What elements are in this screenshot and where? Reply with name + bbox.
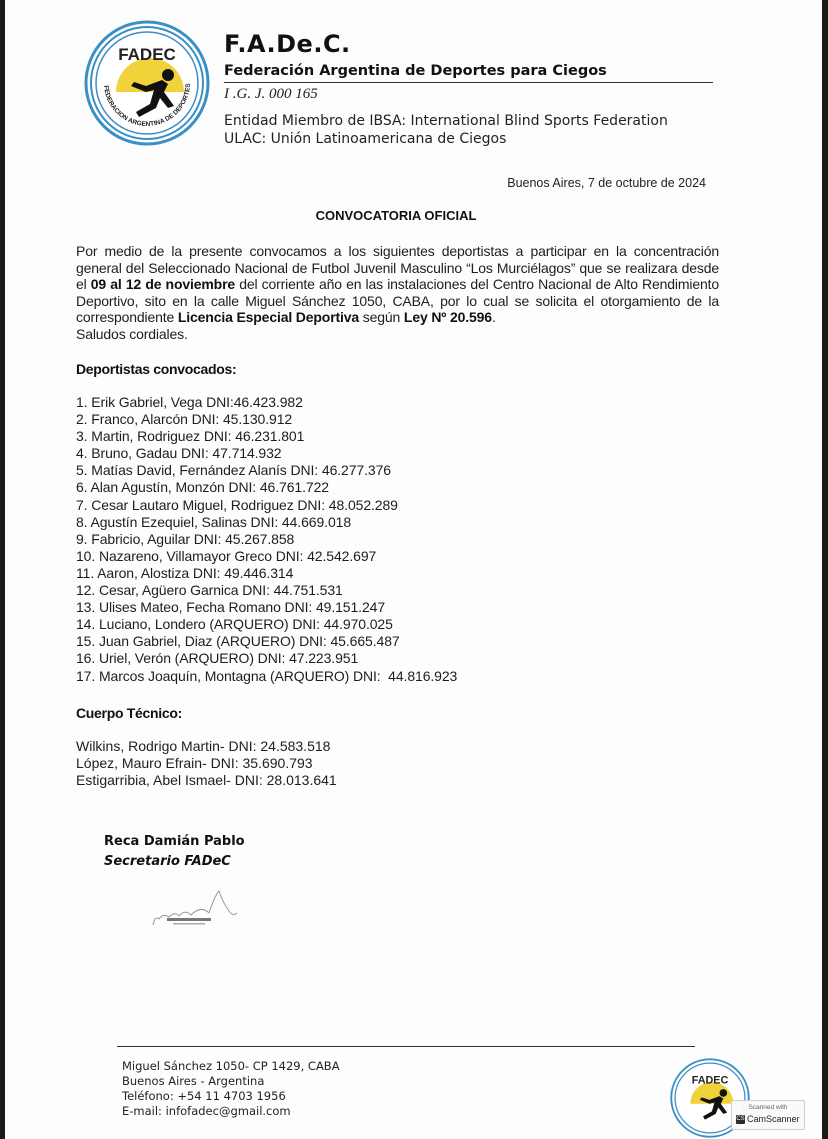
- header-divider: [224, 82, 713, 83]
- footer-phone: Teléfono: +54 11 4703 1956: [122, 1089, 340, 1104]
- affiliations: Entidad Miembro de IBSA: International B…: [224, 112, 668, 148]
- law-highlight: Ley Nº 20.596: [404, 309, 492, 325]
- athlete-item: 17. Marcos Joaquín, Montagna (ARQUERO) D…: [76, 668, 457, 685]
- document-page: FADEC FEDERACION ARGENTINA DE DEPORTES P…: [5, 0, 822, 1139]
- athlete-item: 2. Franco, Alarcón DNI: 45.130.912: [76, 411, 457, 428]
- ibsa-affiliation: Entidad Miembro de IBSA: International B…: [224, 112, 668, 130]
- footer-divider: [117, 1046, 695, 1047]
- registration-number: I .G. J. 000 165: [224, 86, 318, 103]
- org-acronym: F.A.De.C.: [224, 30, 351, 58]
- athlete-item: 13. Ulises Mateo, Fecha Romano DNI: 49.1…: [76, 599, 457, 616]
- dates-highlight: 09 al 12 de noviembre: [91, 276, 235, 292]
- handwritten-signature-icon: [145, 885, 255, 935]
- svg-text:FADEC: FADEC: [692, 1074, 729, 1086]
- athlete-item: 16. Uriel, Verón (ARQUERO) DNI: 47.223.9…: [76, 650, 457, 667]
- athlete-item: 15. Juan Gabriel, Diaz (ARQUERO) DNI: 45…: [76, 633, 457, 650]
- ulac-affiliation: ULAC: Unión Latinoamericana de Ciegos: [224, 130, 668, 148]
- athlete-item: 14. Luciano, Londero (ARQUERO) DNI: 44.9…: [76, 616, 457, 633]
- fadec-logo-icon: FADEC FEDERACION ARGENTINA DE DEPORTES P…: [84, 20, 210, 146]
- athletes-heading: Deportistas convocados:: [76, 361, 236, 377]
- staff-heading: Cuerpo Técnico:: [76, 705, 182, 721]
- athlete-item: 1. Erik Gabriel, Vega DNI:46.423.982: [76, 394, 457, 411]
- athlete-item: 12. Cesar, Agüero Garnica DNI: 44.751.53…: [76, 582, 457, 599]
- document-date: Buenos Aires, 7 de octubre de 2024: [507, 176, 706, 190]
- document-title: CONVOCATORIA OFICIAL: [5, 208, 787, 223]
- staff-item: Estigarribia, Abel Ismael- DNI: 28.013.6…: [76, 772, 337, 789]
- athlete-item: 11. Aaron, Alostiza DNI: 49.446.314: [76, 565, 457, 582]
- signatory-role: Secretario FADeC: [104, 854, 231, 869]
- athlete-item: 3. Martin, Rodriguez DNI: 46.231.801: [76, 428, 457, 445]
- camscanner-watermark: Scanned with CS CamScanner: [731, 1100, 805, 1130]
- staff-item: Wilkins, Rodrigo Martin- DNI: 24.583.518: [76, 738, 337, 755]
- footer-contact: Miguel Sánchez 1050- CP 1429, CABA Bueno…: [122, 1059, 340, 1119]
- athlete-item: 10. Nazareno, Villamayor Greco DNI: 42.5…: [76, 548, 457, 565]
- svg-text:FADEC: FADEC: [118, 45, 176, 64]
- athlete-item: 8. Agustín Ezequiel, Salinas DNI: 44.669…: [76, 514, 457, 531]
- org-full-name: Federación Argentina de Deportes para Ci…: [224, 63, 607, 79]
- staff-list: Wilkins, Rodrigo Martin- DNI: 24.583.518…: [76, 738, 337, 789]
- athlete-item: 4. Bruno, Gadau DNI: 47.714.932: [76, 445, 457, 462]
- license-highlight: Licencia Especial Deportiva: [178, 309, 359, 325]
- footer-address: Miguel Sánchez 1050- CP 1429, CABA: [122, 1059, 340, 1074]
- footer-email: E-mail: infofadec@gmail.com: [122, 1104, 340, 1119]
- athlete-item: 7. Cesar Lautaro Miguel, Rodriguez DNI: …: [76, 497, 457, 514]
- body-paragraph: Por medio de la presente convocamos a lo…: [76, 243, 719, 342]
- closing-line: Saludos cordiales.: [76, 326, 719, 343]
- athletes-list: 1. Erik Gabriel, Vega DNI:46.423.9822. F…: [76, 394, 457, 685]
- staff-item: López, Mauro Efrain- DNI: 35.690.793: [76, 755, 337, 772]
- athlete-item: 6. Alan Agustín, Monzón DNI: 46.761.722: [76, 479, 457, 496]
- camscanner-icon: CS: [736, 1115, 745, 1124]
- athlete-item: 5. Matías David, Fernández Alanís DNI: 4…: [76, 462, 457, 479]
- signatory-name: Reca Damián Pablo: [104, 834, 245, 849]
- camscanner-brand: CamScanner: [747, 1114, 800, 1124]
- footer-city: Buenos Aires - Argentina: [122, 1074, 340, 1089]
- athlete-item: 9. Fabricio, Aguilar DNI: 45.267.858: [76, 531, 457, 548]
